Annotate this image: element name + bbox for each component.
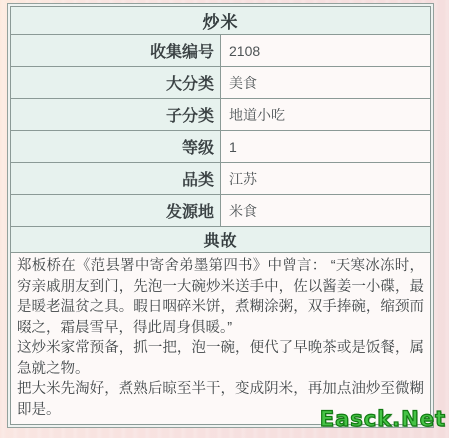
section-title-row: 典故	[11, 227, 431, 253]
row-value-level: 1	[221, 131, 431, 163]
info-card-container: 炒米 收集编号 2108 大分类 美食 子分类 地道小吃 等级 1 品类 江苏	[7, 3, 434, 428]
card-title: 炒米	[11, 7, 431, 35]
table-row: 品类 江苏	[11, 163, 431, 195]
anecdote-paragraph: 郑板桥在《范县署中寄舍弟墨第四书》中曾言： “天寒冰冻时，穷亲戚朋友到门，先泡一…	[17, 256, 424, 338]
anecdote-text: 郑板桥在《范县署中寄舍弟墨第四书》中曾言： “天寒冰冻时，穷亲戚朋友到门，先泡一…	[11, 253, 431, 425]
story-row: 郑板桥在《范县署中寄舍弟墨第四书》中曾言： “天寒冰冻时，穷亲戚朋友到门，先泡一…	[11, 253, 431, 425]
table-row: 子分类 地道小吃	[11, 99, 431, 131]
row-value-sub-category: 地道小吃	[221, 99, 431, 131]
row-label-level: 等级	[11, 131, 221, 163]
section-title-anecdote: 典故	[11, 227, 431, 253]
table-row: 大分类 美食	[11, 67, 431, 99]
watermark: Easck.Net	[320, 407, 446, 431]
row-label-main-category: 大分类	[11, 67, 221, 99]
row-value-collection-number: 2108	[221, 35, 431, 67]
row-label-origin: 发源地	[11, 195, 221, 227]
row-value-main-category: 美食	[221, 67, 431, 99]
anecdote-paragraph: 这炒米家常预备，抓一把，泡一碗，便代了早晚茶或是饭餐，属急就之物。	[17, 338, 424, 379]
table-row: 发源地 米食	[11, 195, 431, 227]
row-label-sub-category: 子分类	[11, 99, 221, 131]
info-card: 炒米 收集编号 2108 大分类 美食 子分类 地道小吃 等级 1 品类 江苏	[10, 6, 431, 425]
row-label-type: 品类	[11, 163, 221, 195]
row-value-type: 江苏	[221, 163, 431, 195]
row-label-collection-number: 收集编号	[11, 35, 221, 67]
title-row: 炒米	[11, 7, 431, 35]
table-row: 收集编号 2108	[11, 35, 431, 67]
row-value-origin: 米食	[221, 195, 431, 227]
table-row: 等级 1	[11, 131, 431, 163]
